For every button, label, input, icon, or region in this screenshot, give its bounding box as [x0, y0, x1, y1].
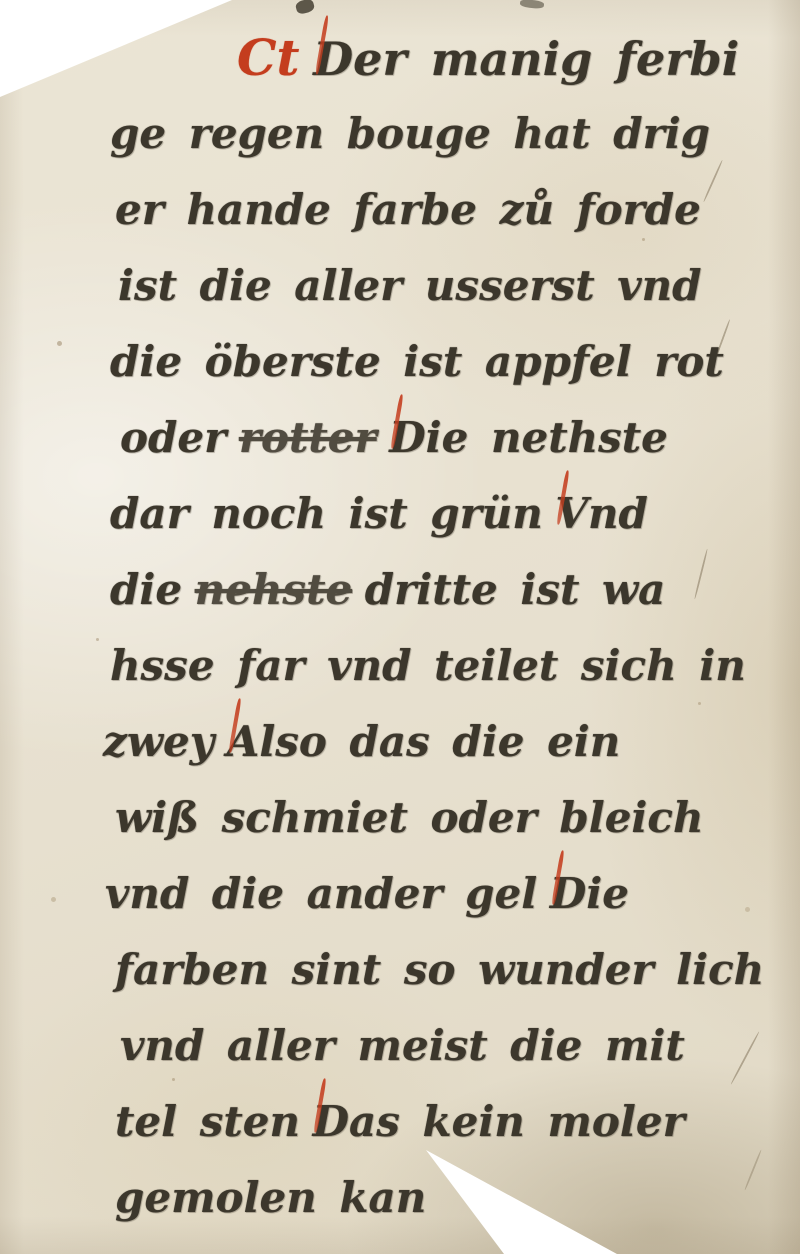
- text-block: CtDer manig ferbige regen bouge hat drig…: [112, 20, 780, 1236]
- text-segment: vnd aller meist die mit: [120, 1008, 685, 1084]
- text-line: dar noch ist grünVnd: [110, 476, 780, 552]
- text-segment: tel sten: [115, 1084, 300, 1160]
- text-segment: die: [110, 552, 182, 628]
- text-segment: Der manig ferbi: [313, 21, 739, 97]
- cropped-letter-remnant: [295, 0, 316, 15]
- text-line: vnd die ander gelDie: [105, 856, 780, 932]
- text-line: hsse far vnd teilet sich in: [110, 628, 780, 704]
- text-line: wiß schmiet oder bleich: [115, 780, 780, 856]
- text-segment: ist die aller usserst vnd: [118, 248, 702, 324]
- foxing-flecks: [0, 0, 3, 3]
- text-line: vnd aller meist die mit: [120, 1008, 780, 1084]
- cropped-letter-remnant: [520, 0, 545, 9]
- text-line: CtDer manig ferbi: [237, 20, 780, 96]
- text-segment: Also das die ein: [227, 704, 621, 780]
- text-segment: oder: [120, 400, 226, 476]
- text-segment: vnd die ander gel: [105, 856, 537, 932]
- text-line: dienehstedritte ist wa: [110, 552, 780, 628]
- manuscript-photo: CtDer manig ferbige regen bouge hat drig…: [0, 0, 800, 1254]
- text-line: zweyAlso das die ein: [103, 704, 780, 780]
- text-line: die öberste ist appfel rot: [110, 324, 780, 400]
- text-segment: wiß schmiet oder bleich: [115, 780, 704, 856]
- text-segment: zwey: [103, 704, 214, 780]
- text-line: oderrotterDie nethste: [120, 400, 780, 476]
- text-segment: die öberste ist appfel rot: [110, 324, 724, 400]
- text-segment: nehste: [195, 552, 353, 628]
- text-segment: hsse far vnd teilet sich in: [110, 628, 746, 704]
- text-line: tel stenDas kein moler: [115, 1084, 780, 1160]
- text-segment: farben sint so wunder lich: [115, 932, 764, 1008]
- text-segment: er hande farbe zů forde: [115, 172, 701, 248]
- text-segment: rotter: [239, 400, 377, 476]
- text-line: gemolen kan: [115, 1160, 780, 1236]
- text-segment: Die: [550, 856, 629, 932]
- text-segment: dar noch ist grün: [110, 476, 543, 552]
- text-line: ge regen bouge hat drig: [110, 96, 780, 172]
- text-segment: Die nethste: [389, 400, 668, 476]
- text-segment: Vnd: [555, 476, 648, 552]
- text-segment: dritte ist wa: [365, 552, 666, 628]
- text-line: ist die aller usserst vnd: [118, 248, 780, 324]
- rubric-paragraph-mark: Ct: [237, 20, 299, 96]
- text-segment: ge regen bouge hat drig: [110, 96, 710, 172]
- text-segment: Das kein moler: [313, 1084, 685, 1160]
- parchment-page: CtDer manig ferbige regen bouge hat drig…: [0, 0, 800, 1254]
- text-segment: gemolen kan: [115, 1160, 426, 1236]
- text-line: farben sint so wunder lich: [115, 932, 780, 1008]
- text-line: er hande farbe zů forde: [115, 172, 780, 248]
